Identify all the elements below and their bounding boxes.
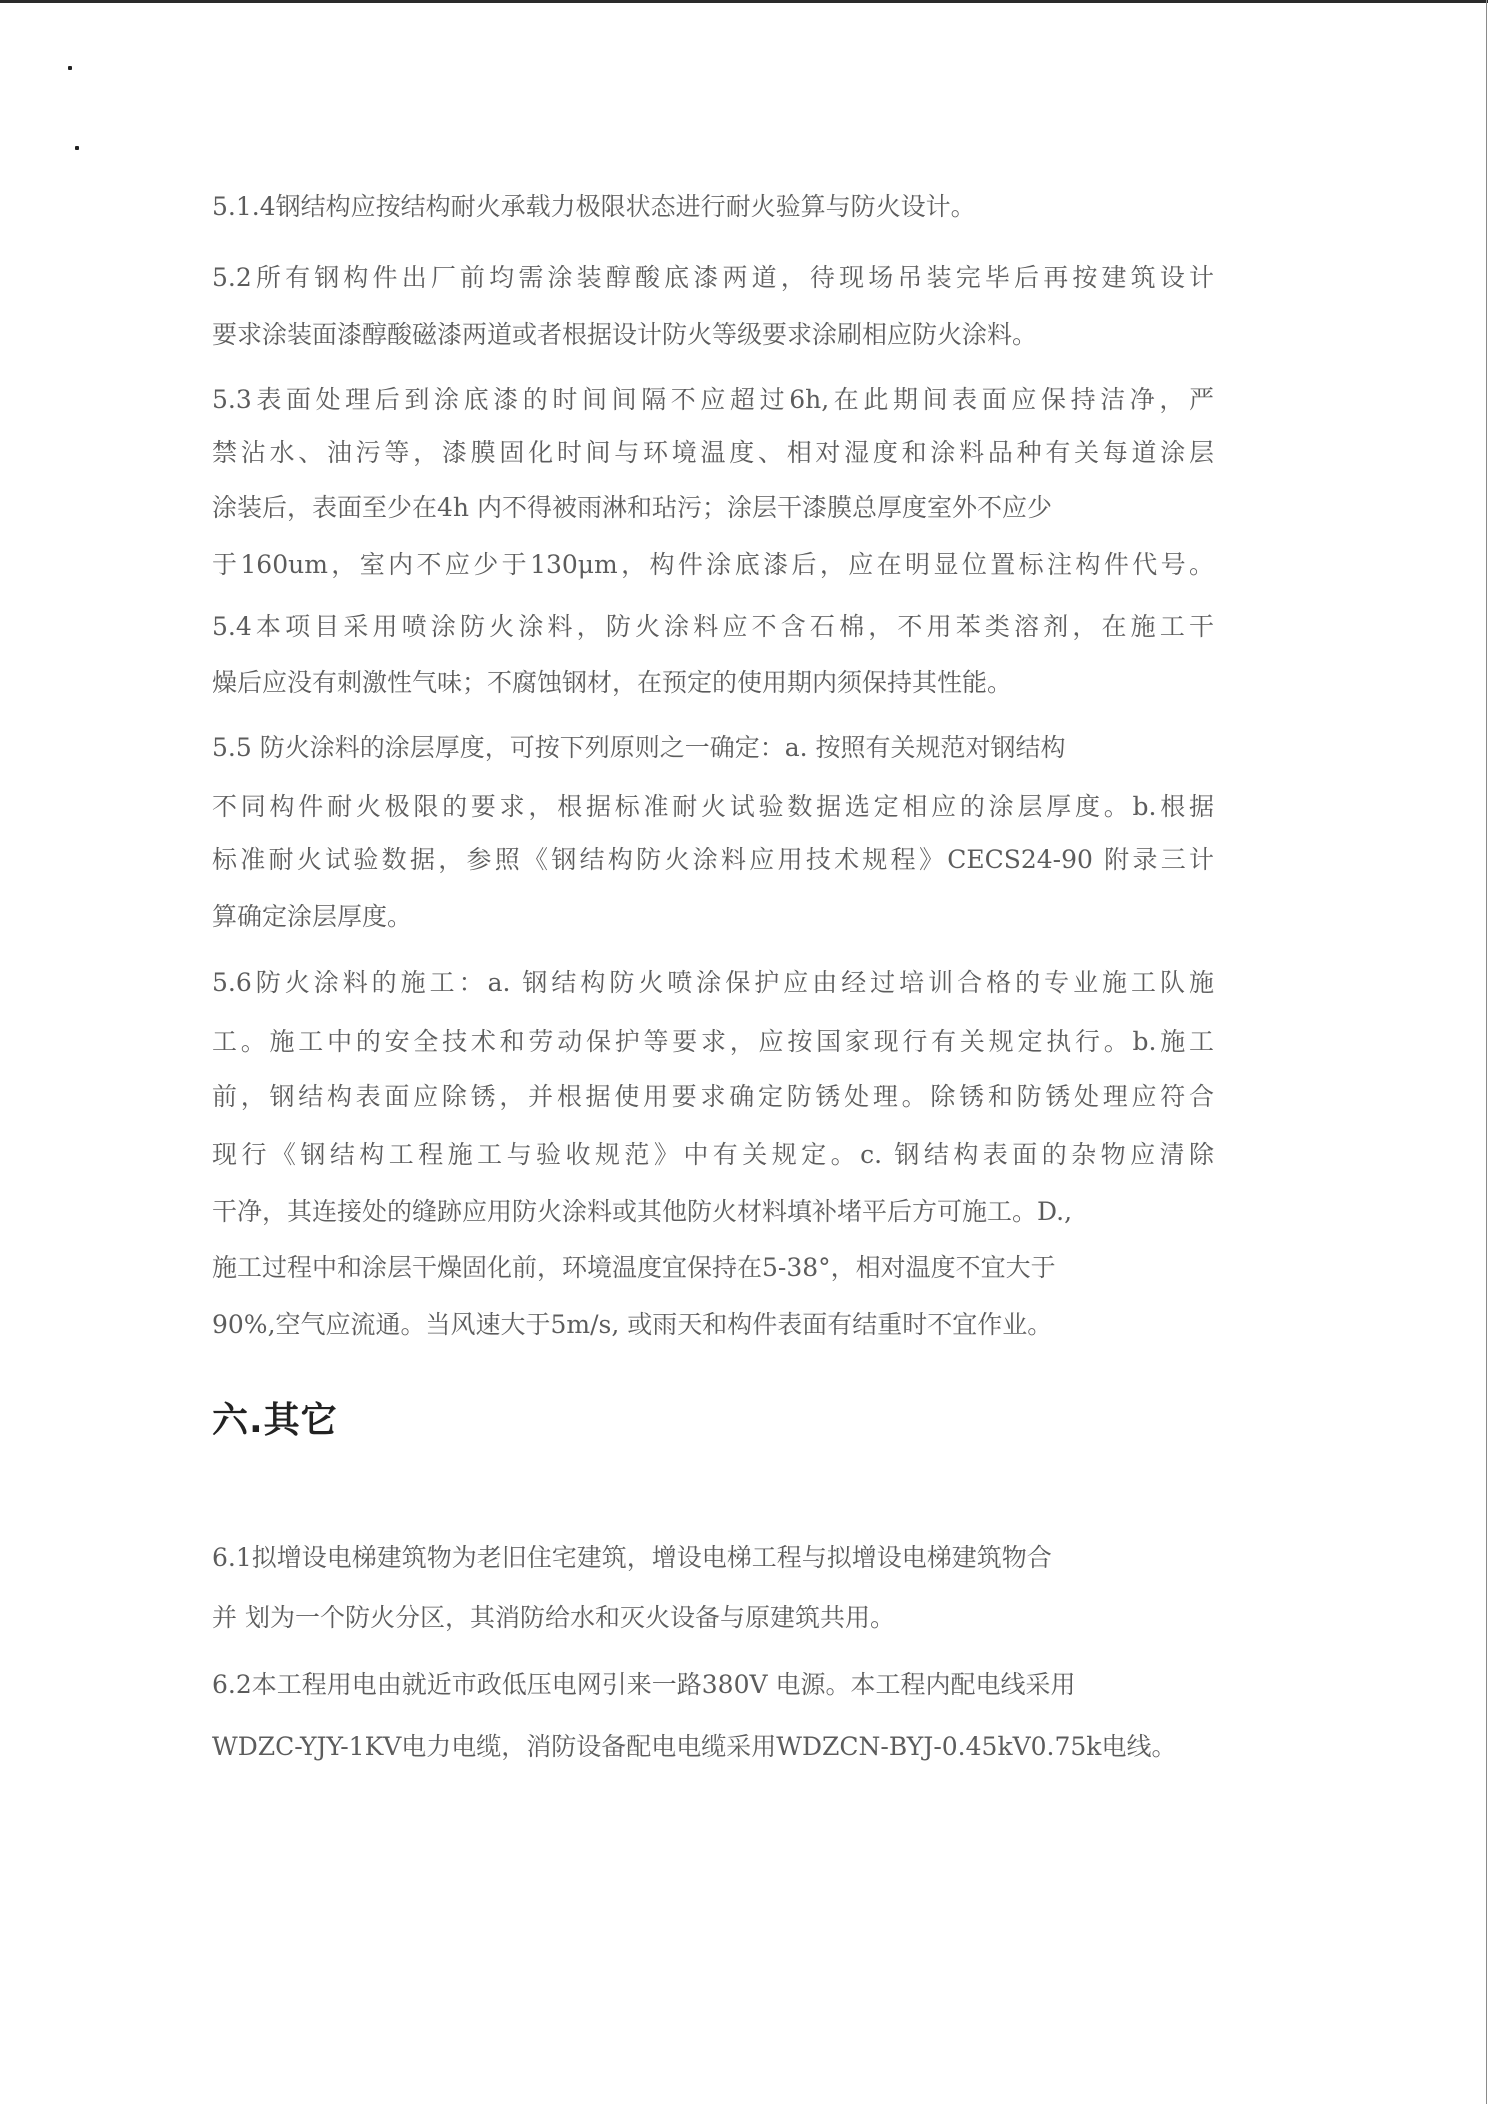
text-line: 5.2所有钢构件出厂前均需涂装醇酸底漆两道，待现场吊装完毕后再按建筑设计 [212,262,1214,294]
binding-mark [68,66,72,70]
binding-mark [75,146,79,150]
text-line: 6.1拟增设电梯建筑物为老旧住宅建筑，增设电梯工程与拟增设电梯建筑物合 [212,1542,1052,1574]
page-right-edge [1486,0,1487,2104]
text-line: 涂装后，表面至少在4h 内不得被雨淋和玷污；涂层干漆膜总厚度室外不应少 [212,492,1052,524]
text-line: 燥后应没有刺激性气味；不腐蚀钢材，在预定的使用期内须保持其性能。 [212,667,1012,699]
text-line: 5.6防火涂料的施工：a. 钢结构防火喷涂保护应由经过培训合格的专业施工队施 [212,967,1214,999]
text-line: 算确定涂层厚度。 [212,901,412,933]
text-line: 标准耐火试验数据，参照《钢结构防火涂料应用技术规程》CECS24-90 附录三计 [212,844,1214,876]
text-line: 前，钢结构表面应除锈，并根据使用要求确定防锈处理。除锈和防锈处理应符合 [212,1081,1214,1113]
text-line: 不同构件耐火极限的要求，根据标准耐火试验数据选定相应的涂层厚度。b.根据 [212,791,1214,823]
text-line: 禁沾水、油污等，漆膜固化时间与环境温度、相对湿度和涂料品种有关每道涂层 [212,437,1214,469]
page-top-edge [0,0,1488,3]
text-line: 5.4本项目采用喷涂防火涂料，防火涂料应不含石棉，不用苯类溶剂，在施工干 [212,611,1214,643]
text-line: 6.2本工程用电由就近市政低压电网引来一路380V 电源。本工程内配电线采用 [212,1669,1075,1701]
text-line: 要求涂装面漆醇酸磁漆两道或者根据设计防火等级要求涂刷相应防火涂料。 [212,319,1037,351]
text-line: WDZC-YJY-1KV电力电缆，消防设备配电电缆采用WDZCN-BYJ-0.4… [212,1731,1176,1763]
text-line: 施工过程中和涂层干燥固化前，环境温度宜保持在5-38°，相对温度不宜大于 [212,1252,1056,1284]
section-heading: 六.其它 [212,1400,338,1442]
text-line: 5.1.4钢结构应按结构耐火承载力极限状态进行耐火验算与防火设计。 [212,191,976,223]
text-line: 5.5 防火涂料的涂层厚度，可按下列原则之一确定：a. 按照有关规范对钢结构 [212,732,1066,764]
text-line: 工。施工中的安全技术和劳动保护等要求，应按国家现行有关规定执行。b.施工 [212,1026,1214,1058]
text-line: 5.3表面处理后到涂底漆的时间间隔不应超过6h,在此期间表面应保持洁净，严 [212,384,1214,416]
text-line: 干净，其连接处的缝跡应用防火涂料或其他防火材料填补堵平后方可施工。D., [212,1196,1072,1228]
text-line: 90%,空气应流通。当风速大于5m/s, 或雨天和构件表面有结重时不宜作业。 [212,1309,1052,1341]
text-line: 于160um，室内不应少于130μm，构件涂底漆后，应在明显位置标注构件代号。 [212,549,1214,581]
text-line: 并 划为一个防火分区，其消防给水和灭火设备与原建筑共用。 [212,1602,895,1634]
text-line: 现行《钢结构工程施工与验收规范》中有关规定。c. 钢结构表面的杂物应清除 [212,1139,1214,1171]
